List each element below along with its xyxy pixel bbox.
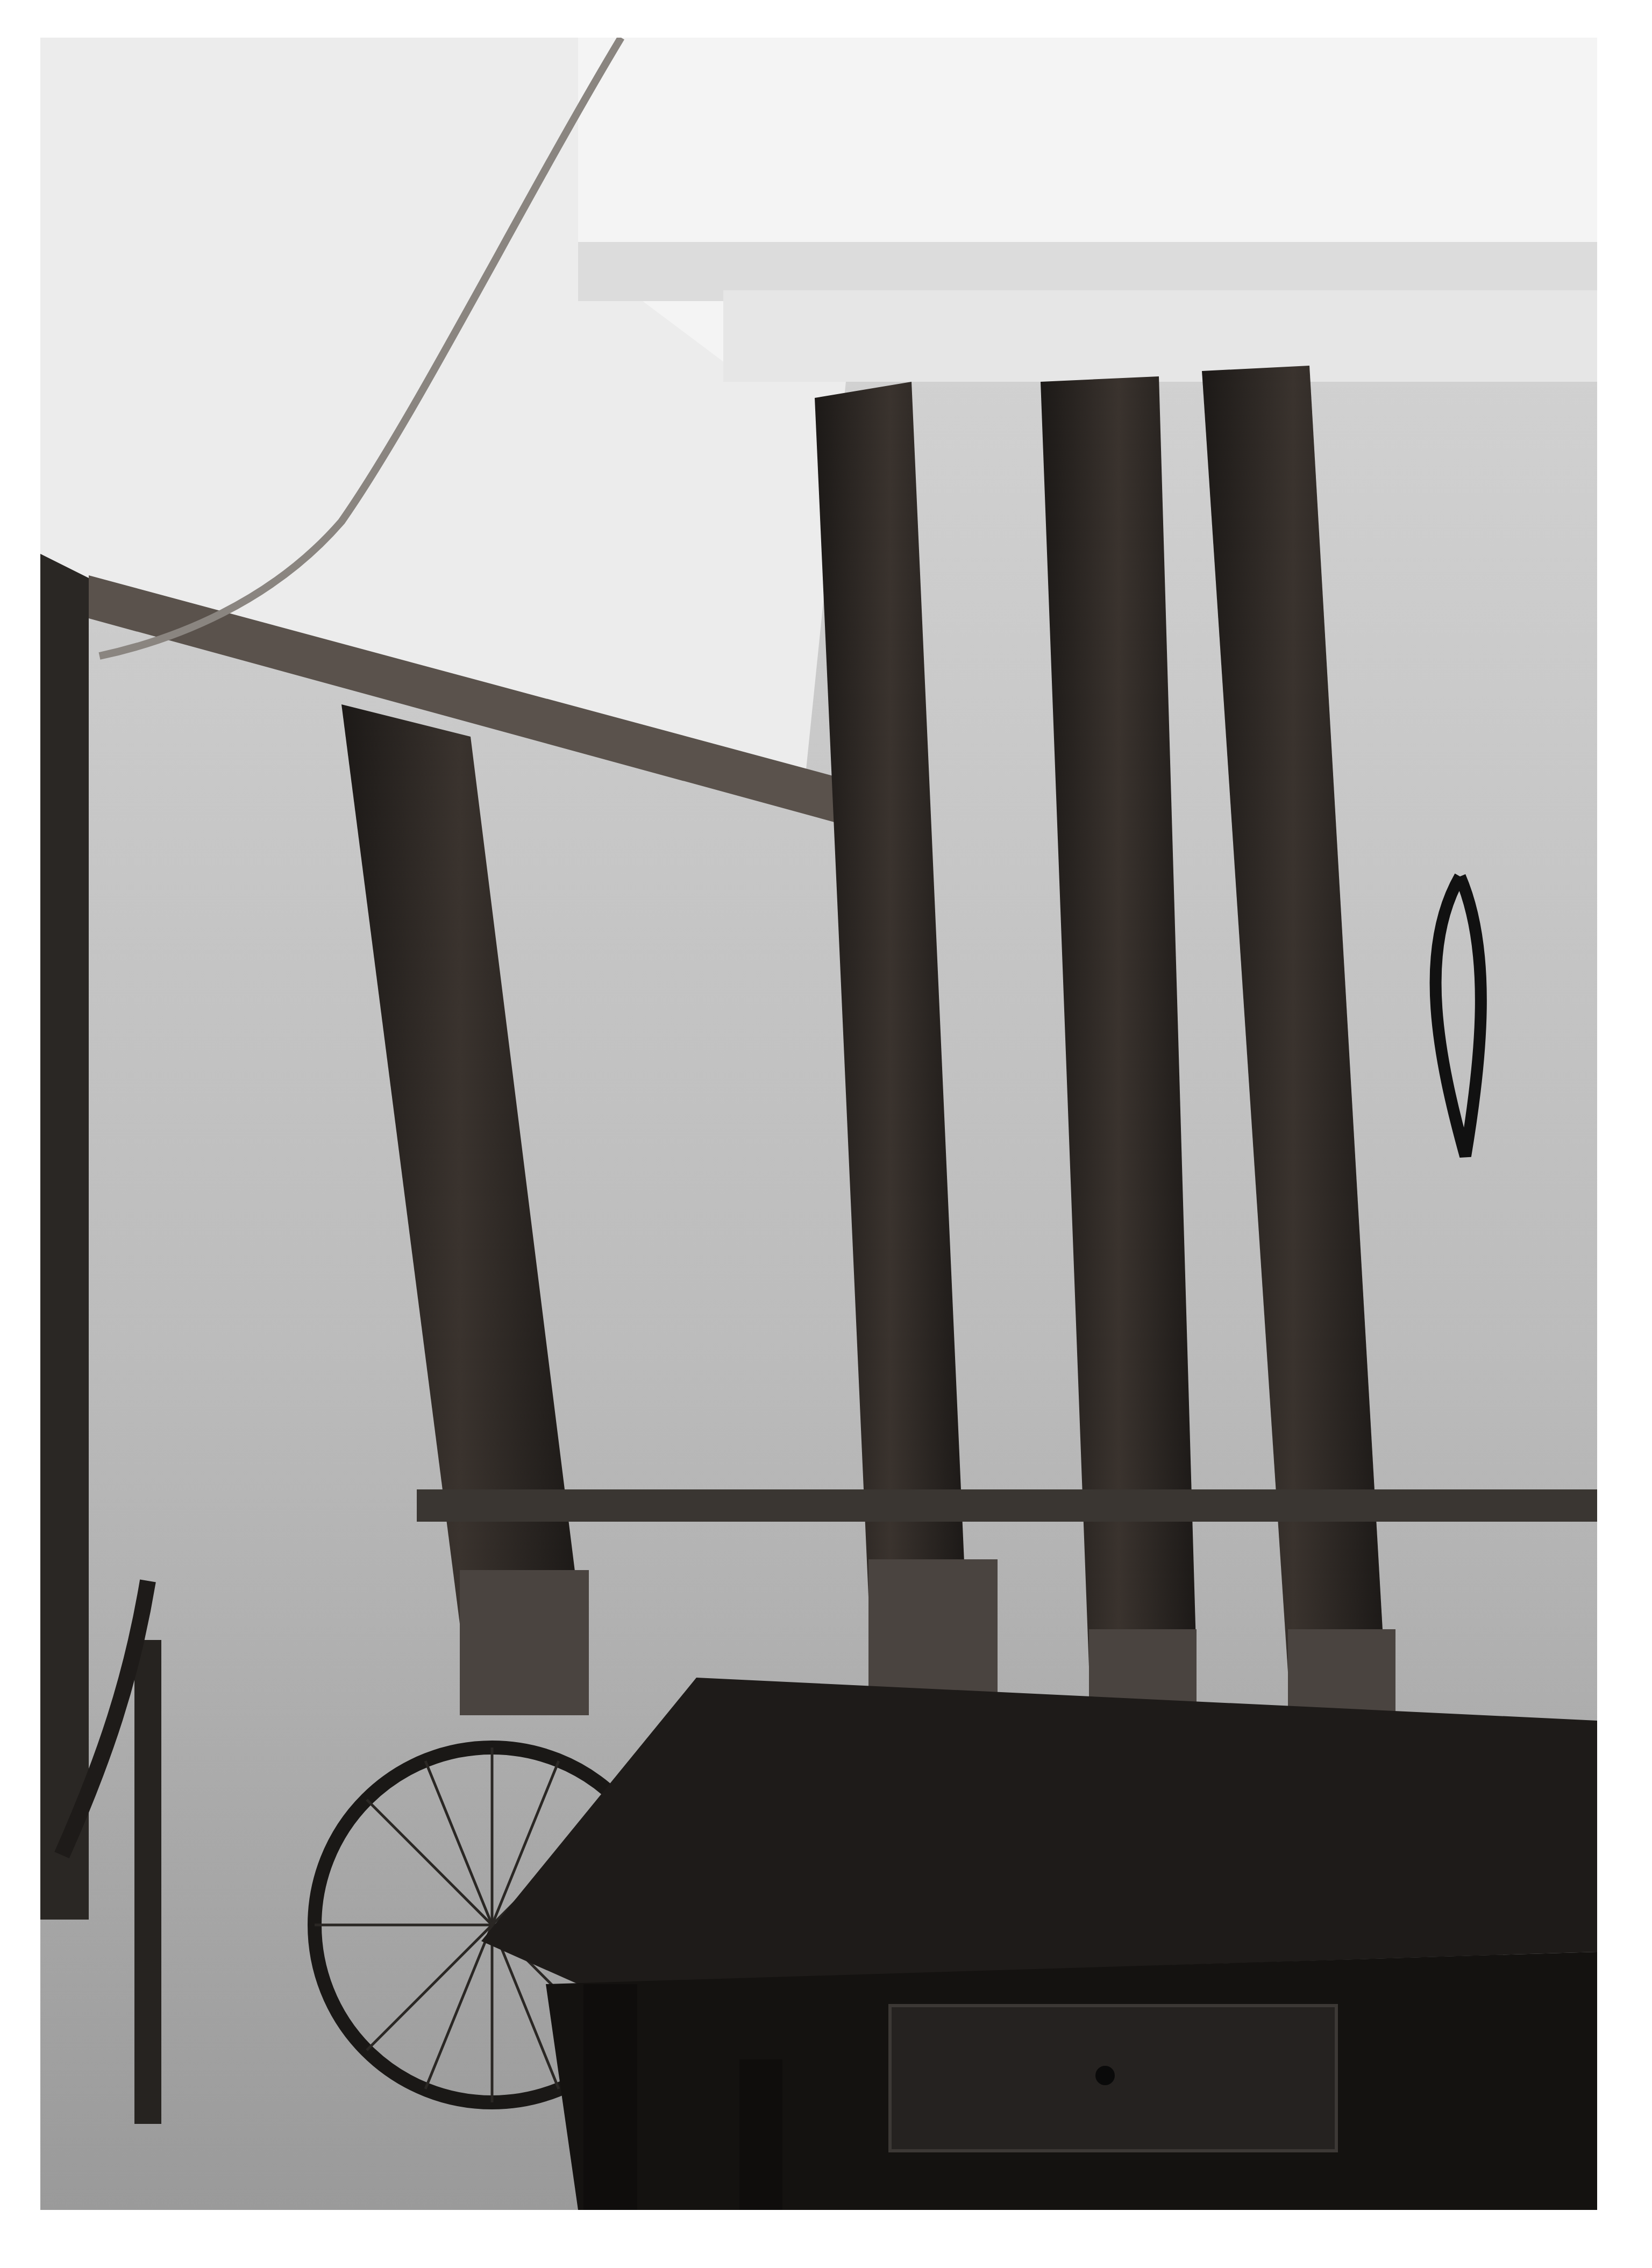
table-leg [739,2059,782,2210]
left-post [40,522,89,1920]
scene [40,38,1597,2210]
photograph: Black-and-white photograph of a rustic i… [40,38,1597,2210]
table-leg [583,1984,637,2210]
ceiling-joist [723,290,1597,382]
drawer-knob [1095,2066,1115,2085]
wall-rail [417,1489,1597,1522]
vertical-pole [134,1640,161,2124]
beam-1-foot [460,1570,589,1715]
